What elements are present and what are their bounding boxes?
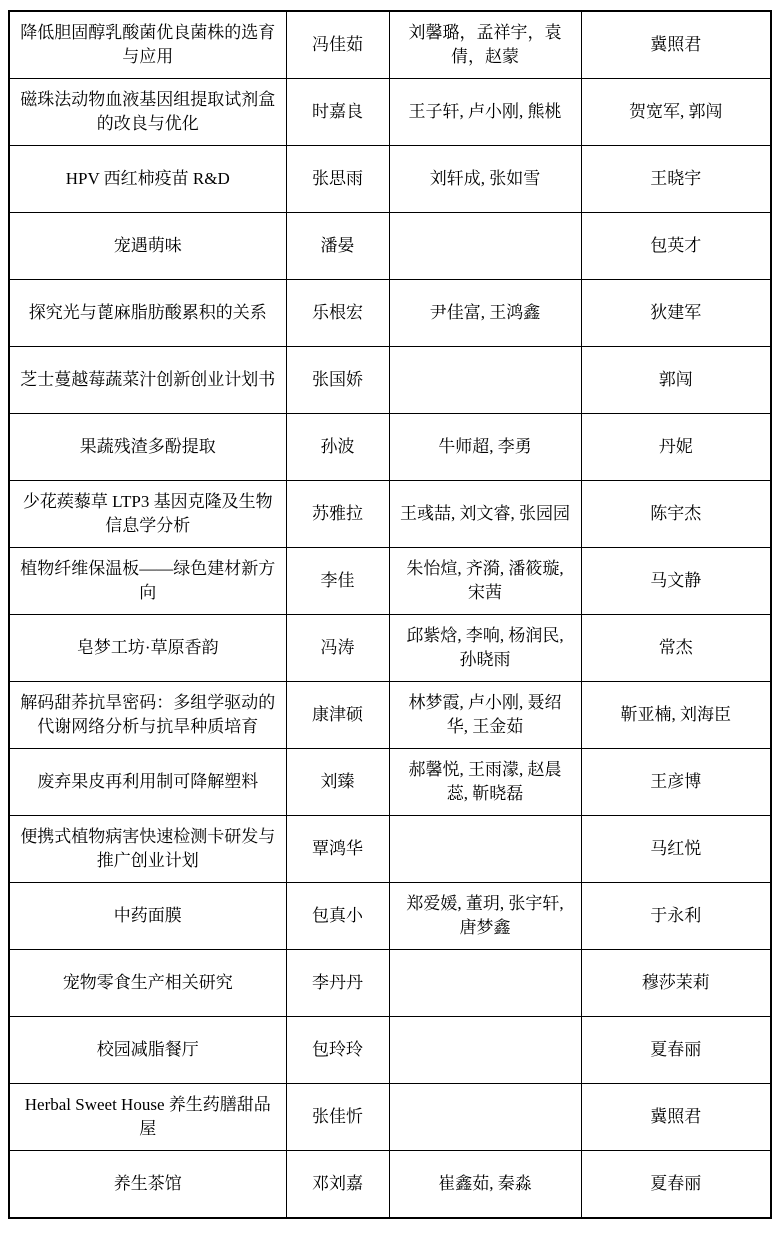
cell-leader: 康津硕 [286, 682, 389, 749]
cell-title: 磁珠法动物血液基因组提取试剂盒的改良与优化 [9, 79, 286, 146]
cell-members: 朱怡煊, 齐漪, 潘筱璇, 宋茜 [389, 548, 581, 615]
cell-leader: 邓刘嘉 [286, 1151, 389, 1219]
cell-advisor: 狄建军 [581, 280, 771, 347]
cell-leader: 冯涛 [286, 615, 389, 682]
cell-leader: 孙波 [286, 414, 389, 481]
cell-members: 尹佳富, 王鸿鑫 [389, 280, 581, 347]
cell-members [389, 213, 581, 280]
cell-leader: 包真小 [286, 883, 389, 950]
document-page: 降低胆固醇乳酸菌优良菌株的选育与应用冯佳茹刘馨璐，孟祥宇，袁倩，赵蒙冀照君磁珠法… [0, 0, 777, 1238]
table-row: 降低胆固醇乳酸菌优良菌株的选育与应用冯佳茹刘馨璐，孟祥宇，袁倩，赵蒙冀照君 [9, 11, 771, 79]
cell-members [389, 347, 581, 414]
cell-title: 果蔬残渣多酚提取 [9, 414, 286, 481]
cell-title: 养生茶馆 [9, 1151, 286, 1219]
cell-title: HPV 西红柿疫苗 R&D [9, 146, 286, 213]
cell-advisor: 陈宇杰 [581, 481, 771, 548]
table-row: 宠遇萌味潘晏包英才 [9, 213, 771, 280]
cell-members: 刘轩成, 张如雪 [389, 146, 581, 213]
cell-leader: 时嘉良 [286, 79, 389, 146]
table-row: 果蔬残渣多酚提取孙波牛师超, 李勇丹妮 [9, 414, 771, 481]
table-row: 磁珠法动物血液基因组提取试剂盒的改良与优化时嘉良王子轩, 卢小刚, 熊桃贺宽军,… [9, 79, 771, 146]
cell-leader: 张国娇 [286, 347, 389, 414]
cell-title: 解码甜荞抗旱密码：多组学驱动的代谢网络分析与抗旱种质培育 [9, 682, 286, 749]
table-row: 中药面膜包真小郑爱媛, 董玥, 张宇轩, 唐梦鑫于永利 [9, 883, 771, 950]
cell-title: 皂梦工坊·草原香韵 [9, 615, 286, 682]
table-row: 宠物零食生产相关研究李丹丹穆莎茉莉 [9, 950, 771, 1017]
cell-leader: 李佳 [286, 548, 389, 615]
cell-title: 植物纤维保温板——绿色建材新方向 [9, 548, 286, 615]
cell-title: Herbal Sweet House 养生药膳甜品屋 [9, 1084, 286, 1151]
cell-advisor: 贺宽军, 郭闯 [581, 79, 771, 146]
cell-advisor: 王彦博 [581, 749, 771, 816]
cell-title: 校园减脂餐厅 [9, 1017, 286, 1084]
cell-leader: 苏雅拉 [286, 481, 389, 548]
cell-advisor: 王晓宇 [581, 146, 771, 213]
cell-advisor: 于永利 [581, 883, 771, 950]
table-row: Herbal Sweet House 养生药膳甜品屋张佳忻冀照君 [9, 1084, 771, 1151]
cell-advisor: 冀照君 [581, 11, 771, 79]
projects-table: 降低胆固醇乳酸菌优良菌株的选育与应用冯佳茹刘馨璐，孟祥宇，袁倩，赵蒙冀照君磁珠法… [8, 10, 772, 1219]
cell-advisor: 郭闯 [581, 347, 771, 414]
cell-leader: 张思雨 [286, 146, 389, 213]
cell-advisor: 包英才 [581, 213, 771, 280]
table-row: HPV 西红柿疫苗 R&D张思雨刘轩成, 张如雪王晓宇 [9, 146, 771, 213]
cell-title: 降低胆固醇乳酸菌优良菌株的选育与应用 [9, 11, 286, 79]
cell-title: 探究光与蓖麻脂肪酸累积的关系 [9, 280, 286, 347]
cell-advisor: 夏春丽 [581, 1017, 771, 1084]
cell-advisor: 常杰 [581, 615, 771, 682]
cell-members [389, 1017, 581, 1084]
table-row: 便携式植物病害快速检测卡研发与推广创业计划覃鸿华马红悦 [9, 816, 771, 883]
cell-advisor: 冀照君 [581, 1084, 771, 1151]
table-row: 少花蒺藜草 LTP3 基因克隆及生物信息学分析苏雅拉王彧喆, 刘文睿, 张园园陈… [9, 481, 771, 548]
table-row: 废弃果皮再利用制可降解塑料刘臻郝馨悦, 王雨濛, 赵晨蕊, 靳晓磊王彦博 [9, 749, 771, 816]
table-row: 探究光与蓖麻脂肪酸累积的关系乐根宏尹佳富, 王鸿鑫狄建军 [9, 280, 771, 347]
cell-advisor: 靳亚楠, 刘海臣 [581, 682, 771, 749]
cell-leader: 潘晏 [286, 213, 389, 280]
cell-leader: 张佳忻 [286, 1084, 389, 1151]
cell-title: 芝士蔓越莓蔬菜汁创新创业计划书 [9, 347, 286, 414]
cell-members: 王彧喆, 刘文睿, 张园园 [389, 481, 581, 548]
table-row: 解码甜荞抗旱密码：多组学驱动的代谢网络分析与抗旱种质培育康津硕林梦霞, 卢小刚,… [9, 682, 771, 749]
cell-leader: 冯佳茹 [286, 11, 389, 79]
table-row: 养生茶馆邓刘嘉崔鑫茹, 秦淼夏春丽 [9, 1151, 771, 1219]
cell-members [389, 1084, 581, 1151]
cell-members: 郝馨悦, 王雨濛, 赵晨蕊, 靳晓磊 [389, 749, 581, 816]
cell-advisor: 马红悦 [581, 816, 771, 883]
cell-title: 宠物零食生产相关研究 [9, 950, 286, 1017]
cell-title: 少花蒺藜草 LTP3 基因克隆及生物信息学分析 [9, 481, 286, 548]
cell-members: 牛师超, 李勇 [389, 414, 581, 481]
cell-members [389, 816, 581, 883]
table-row: 植物纤维保温板——绿色建材新方向李佳朱怡煊, 齐漪, 潘筱璇, 宋茜马文静 [9, 548, 771, 615]
cell-title: 中药面膜 [9, 883, 286, 950]
cell-leader: 乐根宏 [286, 280, 389, 347]
cell-leader: 刘臻 [286, 749, 389, 816]
cell-title: 宠遇萌味 [9, 213, 286, 280]
cell-members: 郑爱媛, 董玥, 张宇轩, 唐梦鑫 [389, 883, 581, 950]
cell-leader: 包玲玲 [286, 1017, 389, 1084]
cell-members: 邱紫焓, 李响, 杨润民, 孙晓雨 [389, 615, 581, 682]
cell-leader: 覃鸿华 [286, 816, 389, 883]
cell-title: 便携式植物病害快速检测卡研发与推广创业计划 [9, 816, 286, 883]
cell-members: 林梦霞, 卢小刚, 聂绍华, 王金茹 [389, 682, 581, 749]
cell-advisor: 夏春丽 [581, 1151, 771, 1219]
cell-advisor: 穆莎茉莉 [581, 950, 771, 1017]
cell-leader: 李丹丹 [286, 950, 389, 1017]
table-row: 皂梦工坊·草原香韵冯涛邱紫焓, 李响, 杨润民, 孙晓雨常杰 [9, 615, 771, 682]
cell-advisor: 马文静 [581, 548, 771, 615]
cell-members [389, 950, 581, 1017]
cell-members: 刘馨璐，孟祥宇，袁倩，赵蒙 [389, 11, 581, 79]
cell-advisor: 丹妮 [581, 414, 771, 481]
table-row: 校园减脂餐厅包玲玲夏春丽 [9, 1017, 771, 1084]
table-row: 芝士蔓越莓蔬菜汁创新创业计划书张国娇郭闯 [9, 347, 771, 414]
cell-members: 崔鑫茹, 秦淼 [389, 1151, 581, 1219]
cell-members: 王子轩, 卢小刚, 熊桃 [389, 79, 581, 146]
projects-table-body: 降低胆固醇乳酸菌优良菌株的选育与应用冯佳茹刘馨璐，孟祥宇，袁倩，赵蒙冀照君磁珠法… [9, 11, 771, 1218]
cell-title: 废弃果皮再利用制可降解塑料 [9, 749, 286, 816]
